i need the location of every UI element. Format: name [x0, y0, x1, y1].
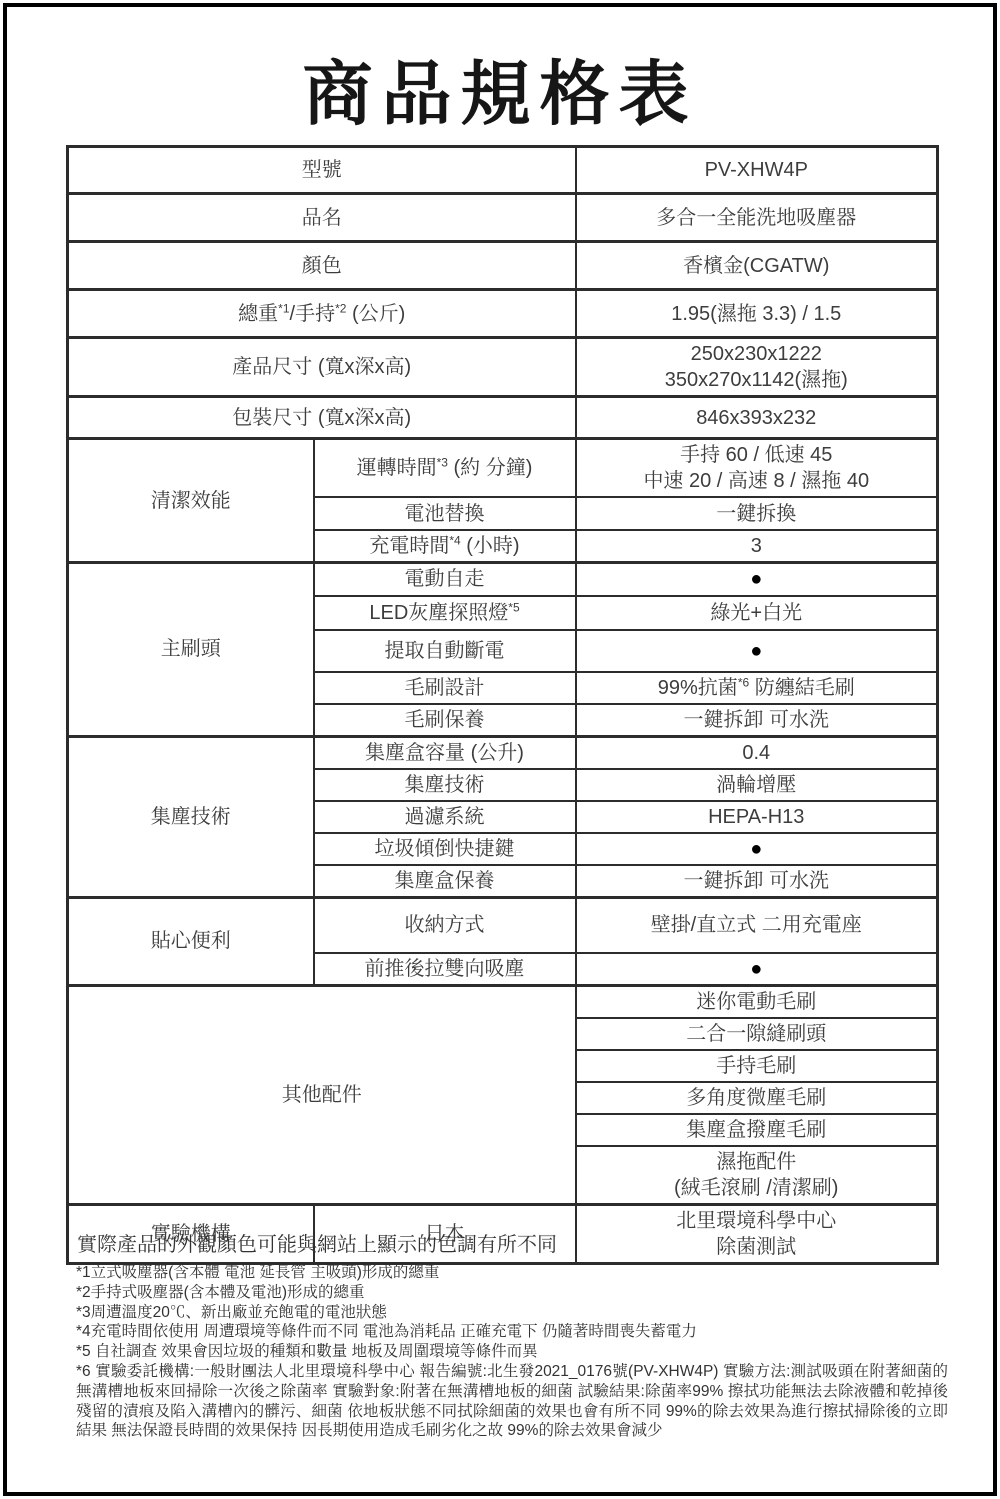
auto-cutoff-label: 提取自動斷電 — [314, 630, 576, 672]
bidirectional-dot: ● — [576, 953, 938, 986]
dustbin-care-label: 集塵盒保養 — [314, 865, 576, 898]
footnotes: *1立式吸塵器(含本體 電池 延長管 主吸頭)形成的總重*2手持式吸塵器(含本體… — [76, 1263, 948, 1441]
storage-value: 壁掛/直立式 二用充電座 — [576, 897, 938, 953]
product-size-label: 產品尺寸 (寬x深x高) — [68, 338, 576, 397]
footnote-1: *1立式吸塵器(含本體 電池 延長管 主吸頭)形成的總重 — [76, 1263, 948, 1283]
footnote-2: *2手持式吸塵器(含本體及電池)形成的總重 — [76, 1283, 948, 1303]
footnote-5: *5 自社調查 效果會因垃圾的種類和數量 地板及周圍環境等條件而異 — [76, 1342, 948, 1362]
dump-key-label: 垃圾傾倒快捷鍵 — [314, 833, 576, 865]
model-value: PV-XHW4P — [576, 147, 938, 194]
accessory-4: 多角度微塵毛刷 — [576, 1082, 938, 1114]
product-name-value: 多合一全能洗地吸塵器 — [576, 194, 938, 242]
package-size-value: 846x393x232 — [576, 397, 938, 439]
spec-row: 包裝尺寸 (寬x深x高)846x393x232 — [68, 397, 938, 439]
color-label: 顏色 — [68, 242, 576, 290]
dust-tech-label: 集塵技術 — [314, 769, 576, 801]
spec-table: 型號PV-XHW4P品名多合一全能洗地吸塵器顏色香檳金(CGATW)總重*1/手… — [66, 145, 939, 1265]
dustbin-capacity-value: 0.4 — [576, 736, 938, 769]
brush-design-label: 毛刷設計 — [314, 672, 576, 704]
group-cleaning-performance: 清潔效能 — [68, 439, 314, 563]
battery-replace-label: 電池替換 — [314, 497, 576, 530]
footnote-6: *6 實驗委託機構:一般財團法人北里環境科學中心 報告編號:北生發2021_01… — [76, 1362, 948, 1441]
brush-care-value: 一鍵拆卸 可水洗 — [576, 704, 938, 737]
model-label: 型號 — [68, 147, 576, 194]
footnote-3: *3周遭溫度20℃、新出廠並充飽電的電池狀態 — [76, 1303, 948, 1323]
led-light-value: 綠光+白光 — [576, 596, 938, 630]
dump-key-dot: ● — [576, 833, 938, 865]
spec-row: 清潔效能運轉時間*3 (約 分鐘)手持 60 / 低速 45中速 20 / 高速… — [68, 439, 938, 498]
accessory-3: 手持毛刷 — [576, 1050, 938, 1082]
self-propel-dot: ● — [576, 563, 938, 596]
brush-design-value: 99%抗菌*6 防纏結毛刷 — [576, 672, 938, 704]
color-value: 香檳金(CGATW) — [576, 242, 938, 290]
dust-tech-value: 渦輪增壓 — [576, 769, 938, 801]
product-name-label: 品名 — [68, 194, 576, 242]
color-disclaimer: 實際產品的外觀顏色可能與網站上顯示的色調有所不同 — [77, 1228, 557, 1257]
led-light-label: LED灰塵探照燈*5 — [314, 596, 576, 630]
brush-care-label: 毛刷保養 — [314, 704, 576, 737]
spec-row: 集塵技術集塵盒容量 (公升)0.4 — [68, 736, 938, 769]
product-size-value: 250x230x1222350x270x1142(濕拖) — [576, 338, 938, 397]
group-dust-tech: 集塵技術 — [68, 736, 314, 897]
self-propel-label: 電動自走 — [314, 563, 576, 596]
spec-row: 總重*1/手持*2 (公斤)1.95(濕拖 3.3) / 1.5 — [68, 290, 938, 338]
spec-row: 其他配件迷你電動毛刷 — [68, 986, 938, 1019]
weight-label: 總重*1/手持*2 (公斤) — [68, 290, 576, 338]
spec-row: 主刷頭電動自走● — [68, 563, 938, 596]
page-title: 商品規格表 — [0, 55, 1000, 133]
runtime-value: 手持 60 / 低速 45中速 20 / 高速 8 / 濕拖 40 — [576, 439, 938, 498]
group-convenience: 貼心便利 — [68, 897, 314, 986]
dustbin-care-value: 一鍵拆卸 可水洗 — [576, 865, 938, 898]
storage-label: 收納方式 — [314, 897, 576, 953]
auto-cutoff-dot: ● — [576, 630, 938, 672]
spec-row: 型號PV-XHW4P — [68, 147, 938, 194]
accessory-6: 濕拖配件(絨毛滾刷 /清潔刷) — [576, 1146, 938, 1205]
footnote-4: *4充電時間依使用 周遭環境等條件而不同 電池為消耗品 正確充電下 仍隨著時間喪… — [76, 1322, 948, 1342]
bidirectional-label: 前推後拉雙向吸塵 — [314, 953, 576, 986]
test-org-value: 北里環境科學中心除菌測試 — [576, 1205, 938, 1264]
filter-system-label: 過濾系統 — [314, 801, 576, 833]
accessory-5: 集塵盒撥塵毛刷 — [576, 1114, 938, 1146]
spec-row: 品名多合一全能洗地吸塵器 — [68, 194, 938, 242]
spec-row: 產品尺寸 (寬x深x高)250x230x1222350x270x1142(濕拖) — [68, 338, 938, 397]
battery-replace-value: 一鍵拆換 — [576, 497, 938, 530]
spec-row: 顏色香檳金(CGATW) — [68, 242, 938, 290]
package-size-label: 包裝尺寸 (寬x深x高) — [68, 397, 576, 439]
runtime-label: 運轉時間*3 (約 分鐘) — [314, 439, 576, 498]
accessory-2: 二合一隙縫刷頭 — [576, 1018, 938, 1050]
charge-time-label: 充電時間*4 (小時) — [314, 530, 576, 563]
group-accessories: 其他配件 — [68, 986, 576, 1205]
spec-row: 貼心便利收納方式壁掛/直立式 二用充電座 — [68, 897, 938, 953]
filter-system-value: HEPA-H13 — [576, 801, 938, 833]
dustbin-capacity-label: 集塵盒容量 (公升) — [314, 736, 576, 769]
weight-value: 1.95(濕拖 3.3) / 1.5 — [576, 290, 938, 338]
group-main-brush: 主刷頭 — [68, 563, 314, 737]
charge-time-value: 3 — [576, 530, 938, 563]
accessory-1: 迷你電動毛刷 — [576, 986, 938, 1019]
